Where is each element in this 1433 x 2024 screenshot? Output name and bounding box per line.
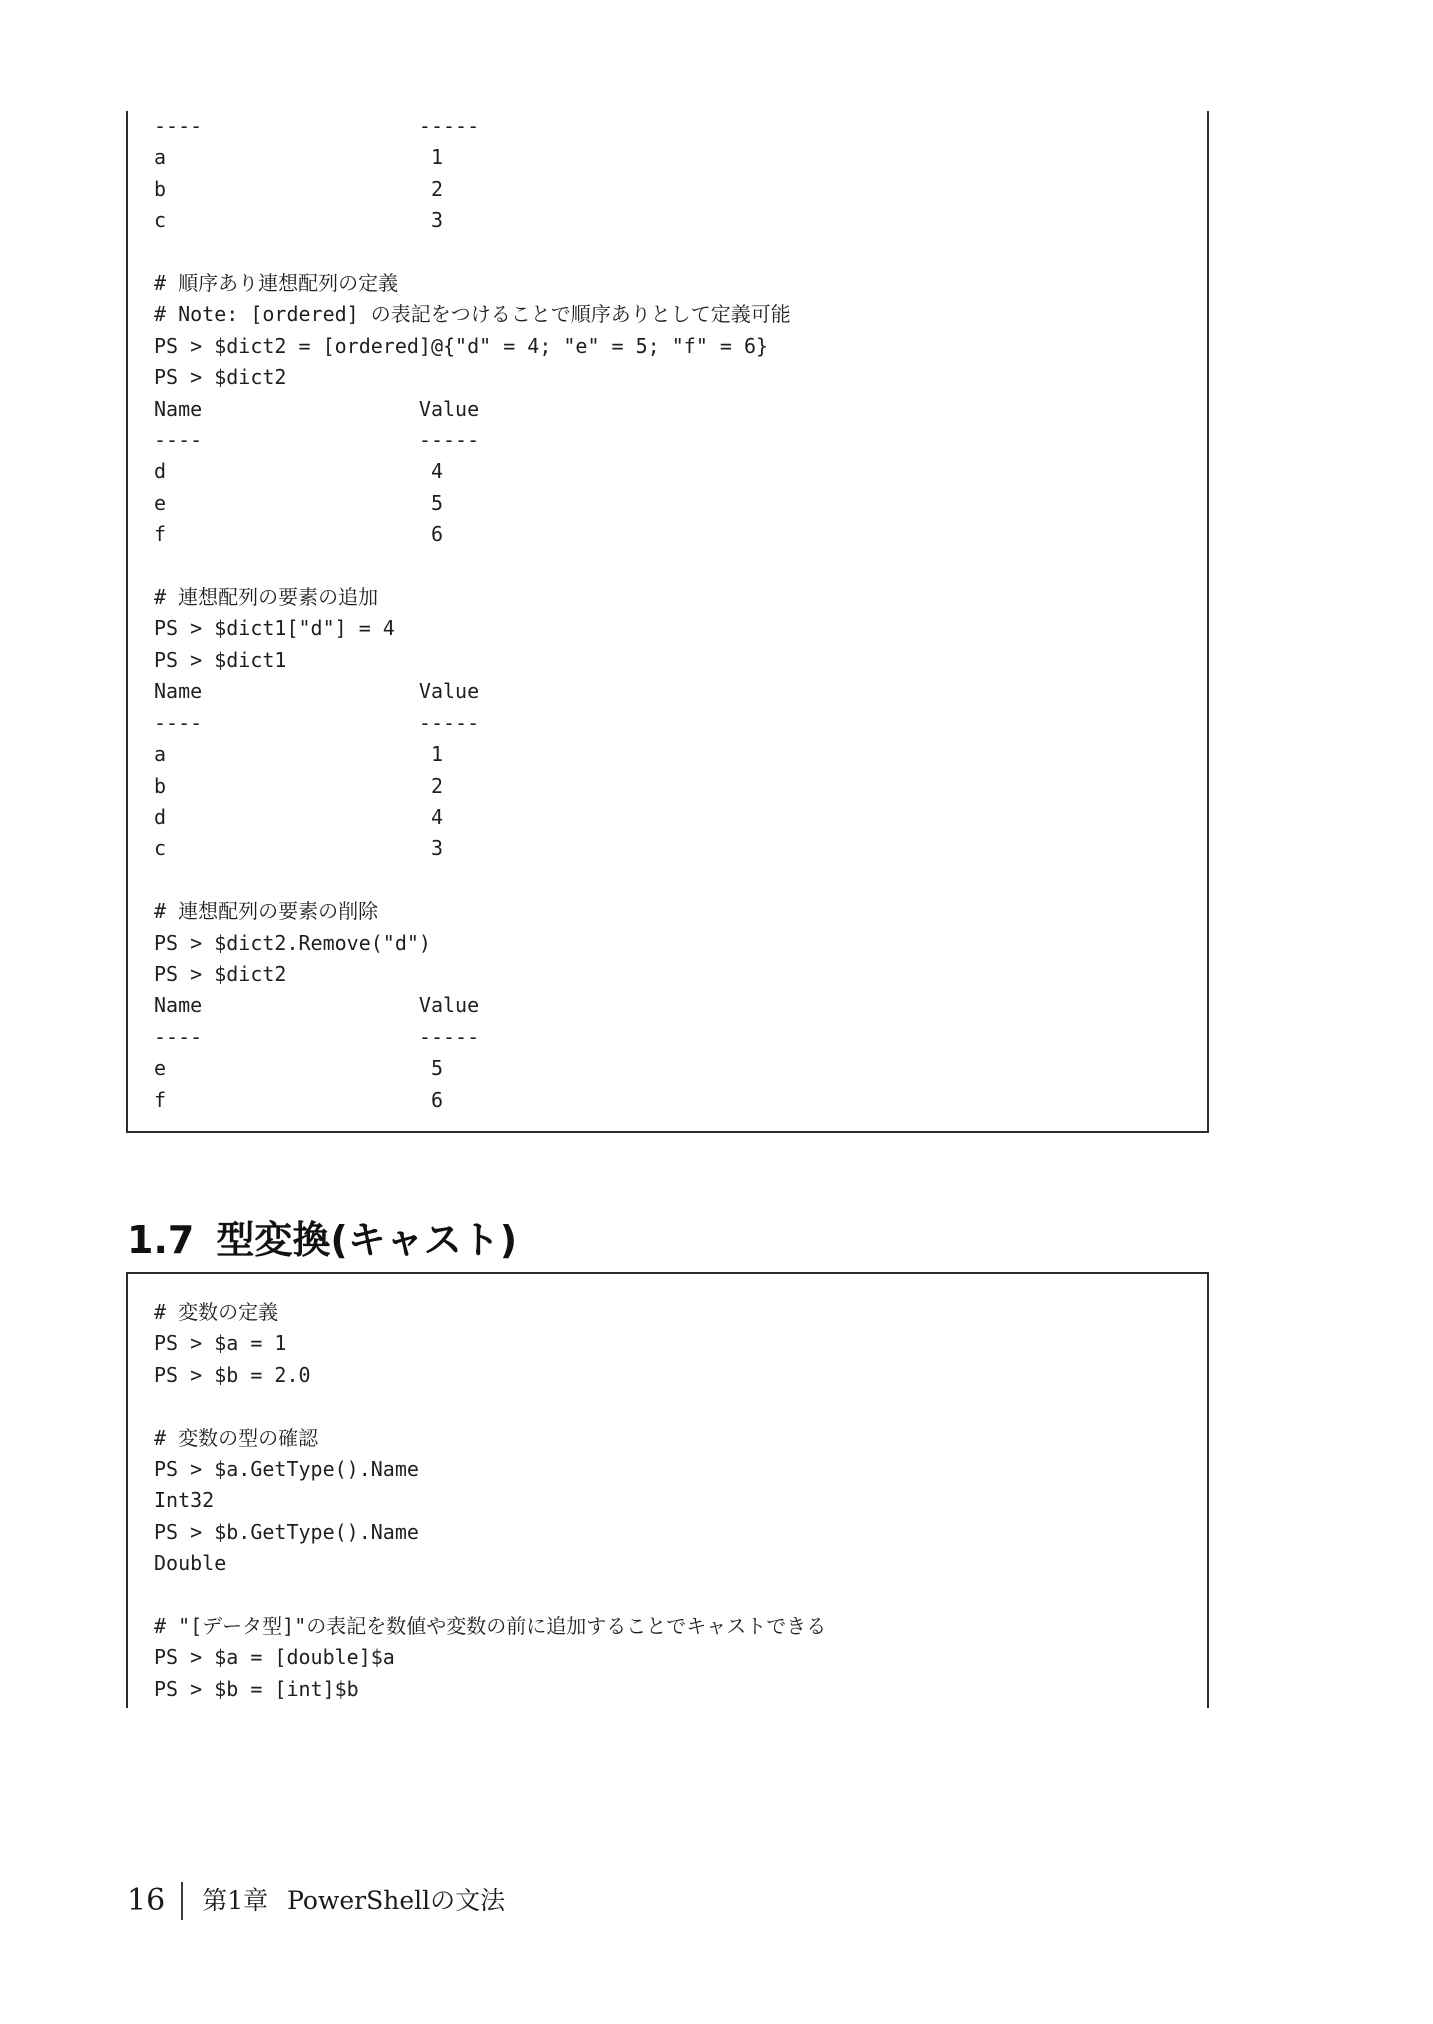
code-line: PS > $dict1 (154, 645, 1207, 676)
code-line: a 1 (154, 142, 1207, 173)
code-line: e 5 (154, 488, 1207, 519)
code-line: # Note: [ordered] の表記をつけることで順序ありとして定義可能 (154, 299, 1207, 330)
code-line: PS > $dict2 (154, 362, 1207, 393)
code-line: PS > $dict1["d"] = 4 (154, 613, 1207, 644)
code-line: # 変数の定義 (154, 1297, 1207, 1328)
code-line: # 連想配列の要素の追加 (154, 582, 1207, 613)
code-line (154, 551, 1207, 582)
code-line: PS > $a = 1 (154, 1328, 1207, 1359)
code-line: Double (154, 1548, 1207, 1579)
code-line: e 5 (154, 1053, 1207, 1084)
code-lines: # 変数の定義PS > $a = 1PS > $b = 2.0# 変数の型の確認… (154, 1297, 1207, 1705)
code-line: PS > $dict2.Remove("d") (154, 928, 1207, 959)
code-line: ---- ----- (154, 1022, 1207, 1053)
code-block-associative-arrays: ---- -----a 1b 2c 3# 順序あり連想配列の定義# Note: … (126, 111, 1209, 1133)
page-number: 16 (127, 1877, 165, 1925)
code-line: d 4 (154, 456, 1207, 487)
code-block-type-cast: # 変数の定義PS > $a = 1PS > $b = 2.0# 変数の型の確認… (126, 1272, 1209, 1708)
code-line: ---- ----- (154, 111, 1207, 142)
code-line (154, 1391, 1207, 1422)
code-line: c 3 (154, 205, 1207, 236)
code-line: f 6 (154, 519, 1207, 550)
code-line (154, 1580, 1207, 1611)
code-line (154, 865, 1207, 896)
section-title: 型変換(キャスト) (216, 1218, 517, 1262)
code-line: d 4 (154, 802, 1207, 833)
code-line: Int32 (154, 1485, 1207, 1516)
page-footer: 16 第1章 PowerShellの文法 (127, 1877, 505, 1925)
code-line: Name Value (154, 990, 1207, 1021)
footer-divider (181, 1882, 183, 1920)
code-line: b 2 (154, 771, 1207, 802)
code-line: b 2 (154, 174, 1207, 205)
code-line: # 連想配列の要素の削除 (154, 896, 1207, 927)
code-line: PS > $b = [int]$b (154, 1674, 1207, 1705)
chapter-title: PowerShellの文法 (287, 1877, 505, 1925)
chapter-label: 第1章 (202, 1877, 268, 1925)
code-line: Name Value (154, 394, 1207, 425)
section-heading: 1.7型変換(キャスト) (127, 1217, 517, 1263)
code-line: PS > $b = 2.0 (154, 1360, 1207, 1391)
code-line: # 変数の型の確認 (154, 1423, 1207, 1454)
code-line: # "[データ型]"の表記を数値や変数の前に追加することでキャストできる (154, 1611, 1207, 1642)
code-line: PS > $b.GetType().Name (154, 1517, 1207, 1548)
code-line: Name Value (154, 676, 1207, 707)
code-line: ---- ----- (154, 425, 1207, 456)
code-line: ---- ----- (154, 708, 1207, 739)
code-line: c 3 (154, 833, 1207, 864)
code-line: a 1 (154, 739, 1207, 770)
code-line: PS > $dict2 = [ordered]@{"d" = 4; "e" = … (154, 331, 1207, 362)
code-line: PS > $dict2 (154, 959, 1207, 990)
section-number: 1.7 (127, 1217, 194, 1263)
code-line: PS > $a.GetType().Name (154, 1454, 1207, 1485)
code-lines: ---- -----a 1b 2c 3# 順序あり連想配列の定義# Note: … (154, 111, 1207, 1116)
code-line: f 6 (154, 1085, 1207, 1116)
code-line (154, 237, 1207, 268)
code-line: PS > $a = [double]$a (154, 1642, 1207, 1673)
code-line: # 順序あり連想配列の定義 (154, 268, 1207, 299)
book-page: ---- -----a 1b 2c 3# 順序あり連想配列の定義# Note: … (0, 0, 1433, 2024)
